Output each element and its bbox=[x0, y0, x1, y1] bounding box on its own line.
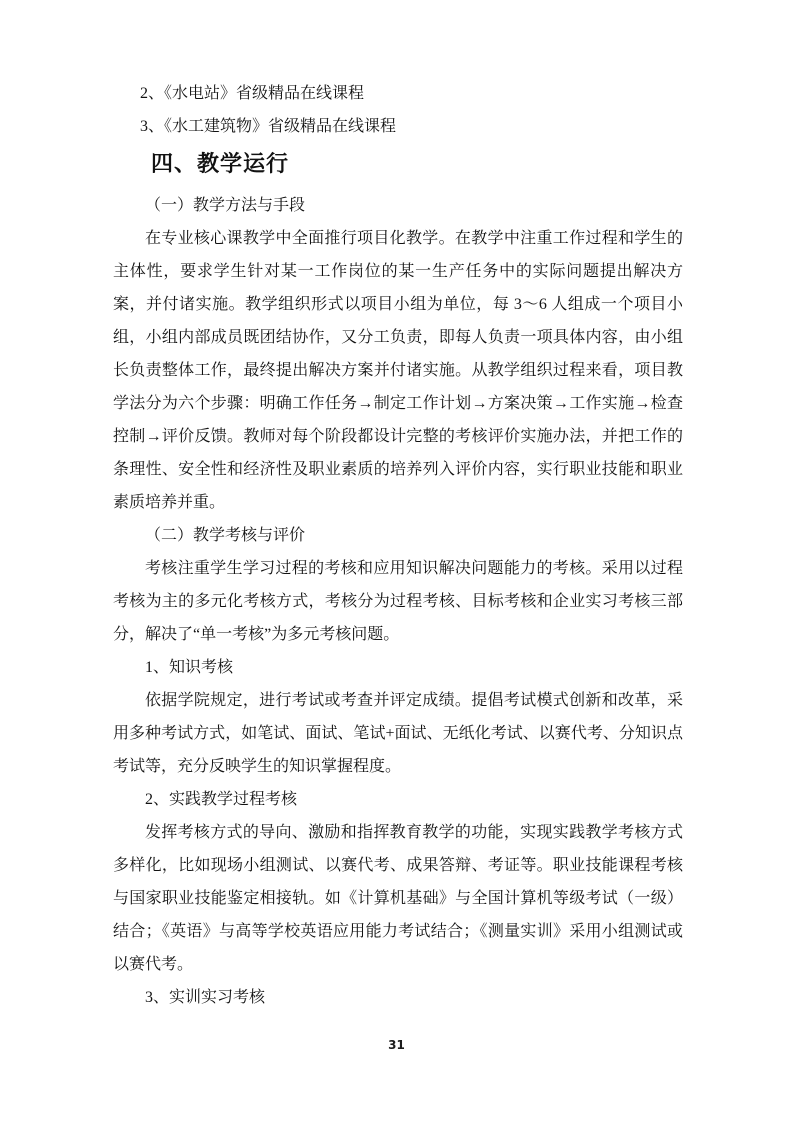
subsection-heading-assessment: （二）教学考核与评价 bbox=[113, 519, 683, 552]
document-body: 2、《水电站》省级精品在线课程 3、《水工建筑物》省级精品在线课程 四、教学运行… bbox=[113, 77, 683, 1014]
course-list-item-3: 3、《水工建筑物》省级精品在线课程 bbox=[113, 110, 683, 143]
document-page: 2、《水电站》省级精品在线课程 3、《水工建筑物》省级精品在线课程 四、教学运行… bbox=[0, 0, 793, 1122]
page-footer: 31 bbox=[0, 1036, 793, 1054]
paragraph-knowledge-assessment: 依据学院规定，进行考试或考查并评定成绩。提倡考试模式创新和改革，采用多种考试方式… bbox=[113, 684, 683, 783]
numbered-heading-knowledge-assessment: 1、知识考核 bbox=[113, 651, 683, 684]
course-list-item-2: 2、《水电站》省级精品在线课程 bbox=[113, 77, 683, 110]
paragraph-project-teaching: 在专业核心课教学中全面推行项目化教学。在教学中注重工作过程和学生的主体性，要求学… bbox=[113, 222, 683, 519]
numbered-heading-practice-assessment: 2、实践教学过程考核 bbox=[113, 783, 683, 816]
numbered-heading-training-assessment: 3、实训实习考核 bbox=[113, 981, 683, 1014]
section-heading-teaching-operation: 四、教学运行 bbox=[113, 150, 683, 180]
page-number: 31 bbox=[388, 1037, 405, 1053]
subsection-heading-methods: （一）教学方法与手段 bbox=[113, 189, 683, 222]
paragraph-assessment-overview: 考核注重学生学习过程的考核和应用知识解决问题能力的考核。采用以过程考核为主的多元… bbox=[113, 552, 683, 651]
paragraph-practice-assessment: 发挥考核方式的导向、激励和指挥教育教学的功能，实现实践教学考核方式多样化，比如现… bbox=[113, 816, 683, 981]
